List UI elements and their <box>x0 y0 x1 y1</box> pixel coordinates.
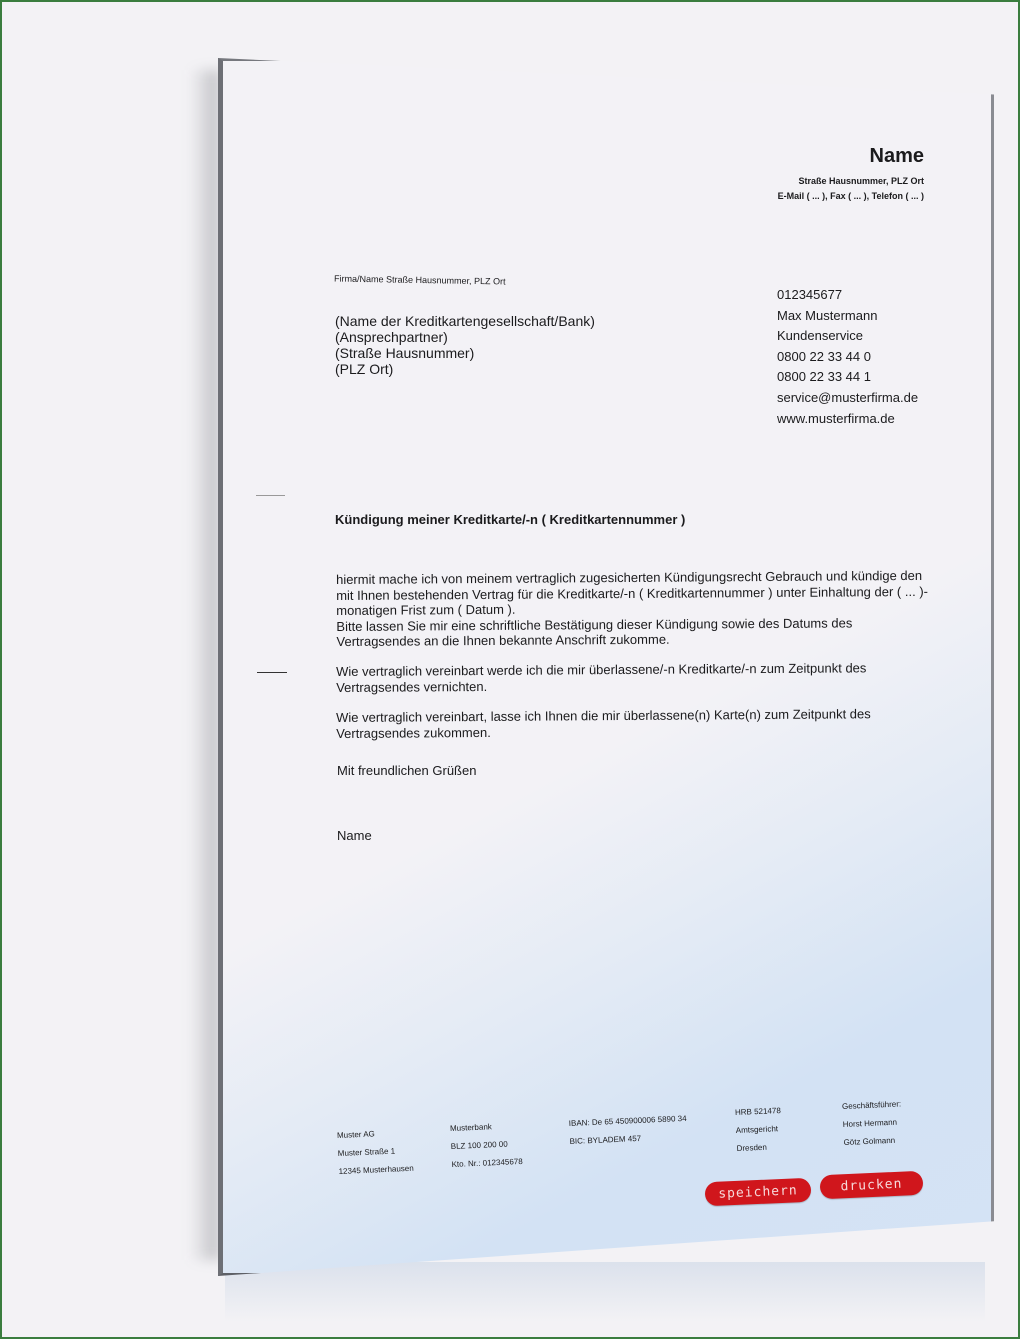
footer-register: HRB 521478 Amtsgericht Dresden <box>735 1102 783 1158</box>
footer-line: 12345 Musterhausen <box>338 1160 414 1181</box>
footer-line: Dresden <box>736 1138 783 1158</box>
punch-mark <box>257 672 287 673</box>
sender-address: Straße Hausnummer, PLZ Ort <box>798 176 924 186</box>
phone: 0800 22 33 44 0 <box>777 347 918 368</box>
fax: 0800 22 33 44 1 <box>777 367 918 388</box>
body-paragraph-2: Wie vertraglich vereinbart werde ich die… <box>336 660 867 695</box>
recipient-line: (Straße Hausnummer) <box>335 345 595 361</box>
footer-management: Geschäftsführer: Horst Hermann Götz Golm… <box>842 1095 903 1152</box>
sender-contact: E-Mail ( ... ), Fax ( ... ), Telefon ( .… <box>778 191 924 201</box>
save-button[interactable]: speichern <box>705 1178 812 1207</box>
body-paragraph-3: Wie vertraglich vereinbart, lasse ich Ih… <box>336 706 871 741</box>
recipient-line: (Name der Kreditkartengesellschaft/Bank) <box>335 313 595 329</box>
footer-line: HRB 521478 <box>735 1102 782 1122</box>
footer-line: Kto. Nr.: 012345678 <box>451 1153 523 1174</box>
letter-subject: Kündigung meiner Kreditkarte/-n ( Kredit… <box>335 512 685 527</box>
sender-name: Name <box>870 145 924 168</box>
email: service@musterfirma.de <box>777 388 918 409</box>
footer-iban: IBAN: De 65 450900006 5890 34 BIC: BYLAD… <box>568 1110 687 1151</box>
signature-name: Name <box>337 828 372 843</box>
department: Kundenservice <box>777 326 918 347</box>
footer-company: Muster AG Muster Straße 1 12345 Musterha… <box>337 1124 414 1181</box>
footer-line: Amtsgericht <box>735 1120 782 1140</box>
fold-mark <box>256 495 285 496</box>
recipient-line: (PLZ Ort) <box>335 361 595 377</box>
footer-bank: Musterbank BLZ 100 200 00 Kto. Nr.: 0123… <box>450 1117 523 1174</box>
reference-number: 012345677 <box>777 285 918 306</box>
footer-line: Götz Golmann <box>843 1131 903 1152</box>
recipient-line: (Ansprechpartner) <box>335 329 595 345</box>
website: www.musterfirma.de <box>777 409 918 430</box>
recipient-address: (Name der Kreditkartengesellschaft/Bank)… <box>335 313 595 377</box>
print-button[interactable]: drucken <box>820 1171 924 1199</box>
body-paragraph-1: hiermit mache ich von meinem vertraglich… <box>336 568 928 650</box>
contact-person: Max Mustermann <box>777 306 918 327</box>
page-shadow <box>190 70 220 1260</box>
closing: Mit freundlichen Grüßen <box>337 763 476 778</box>
contact-block: 012345677 Max Mustermann Kundenservice 0… <box>777 285 918 429</box>
